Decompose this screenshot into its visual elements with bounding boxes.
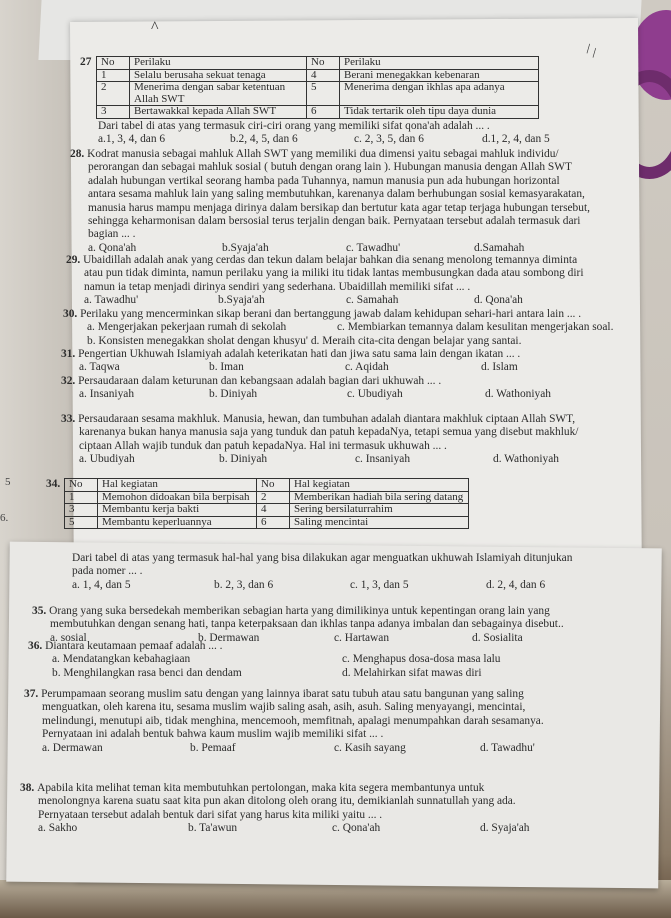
options: b. Konsisten menegakkan sholat dengan kh…	[63, 335, 657, 348]
question-number: 28.	[70, 148, 87, 160]
question-stem-line: 35. Orang yang suka bersedekah memberika…	[32, 605, 592, 618]
question-number: 27	[80, 56, 96, 119]
answer-option: d. Syaja'ah	[480, 822, 600, 835]
answer-option: a. Insaniyah	[79, 388, 209, 401]
table-cell: Membantu keperluannya	[98, 516, 257, 529]
answer-option: a. Mendatangkan kebahagiaan	[52, 653, 342, 666]
exam-content: ^ \ \ 5 6. 27 NoPerilakuNoPerilaku1Selal…	[0, 0, 671, 918]
answer-option: d. Melahirkan sifat mawas diri	[342, 667, 642, 680]
table-cell: Tidak tertarik oleh tipu daya dunia	[340, 106, 539, 119]
question-33: 33. Persaudaraan sesama makhluk. Manusia…	[61, 413, 613, 467]
question-stem-line: Pernyataan tersebut adalah bentuk dari s…	[20, 809, 600, 822]
question-30: 30. Perilaku yang mencerminkan sikap ber…	[63, 308, 657, 348]
question-stem-line: adalah hubungan vertikal seorang hamba p…	[70, 175, 594, 188]
answer-option: c. Samahah	[346, 294, 474, 307]
behavior-table: NoPerilakuNoPerilaku1Selalu berusaha sek…	[96, 56, 539, 119]
question-28: 28. Kodrat manusia sebagai mahluk Allah …	[70, 148, 594, 255]
table-cell: 2	[257, 491, 290, 504]
table-header-row: NoHal kegiatanNoHal kegiatan	[65, 479, 469, 492]
options: b. Menghilangkan rasa benci dan dendamd.…	[28, 667, 642, 680]
question-36: 36. Diantara keutamaan pemaaf adalah ...…	[28, 640, 642, 680]
answer-option: c. Insaniyah	[355, 453, 493, 466]
question-stem-line: perorangan dan sebagai mahluk sosial ( b…	[70, 161, 594, 174]
options: a. Mendatangkan kebahagiaanc. Menghapus …	[28, 653, 642, 666]
answer-option: d. Wathoniyah	[485, 388, 605, 401]
table-cell: Menerima dengan sabar ketentuan Allah SW…	[130, 82, 307, 106]
question-32: 32. Persaudaraan dalam keturunan dan keb…	[61, 375, 605, 402]
options: a. 1, 4, dan 5b. 2, 3, dan 6c. 1, 3, dan…	[54, 579, 606, 592]
answer-option: d. Tawadhu'	[480, 742, 600, 755]
answer-option: b. Diniyah	[219, 453, 355, 466]
answer-option: b.2, 4, 5, dan 6	[230, 133, 354, 146]
answer-option: d. 2, 4, dan 6	[486, 579, 606, 592]
answer-option: a. Tawadhu'	[84, 294, 218, 307]
answer-option: d. Qona'ah	[474, 294, 594, 307]
table-cell: 6	[257, 516, 290, 529]
question-stem-line: melindungi, menutupi aib, tidak menghina…	[24, 715, 600, 728]
question-number: 30.	[63, 308, 80, 320]
answer-option: a. Dermawan	[42, 742, 190, 755]
answer-option: b. Menghilangkan rasa benci dan dendam	[52, 667, 342, 680]
question-stem-line: membutuhkan dengan senang hati, tanpa ke…	[32, 618, 592, 631]
answer-option: b. Pemaaf	[190, 742, 334, 755]
table-header-cell: No	[307, 57, 340, 70]
table-cell: Sering bersilaturrahim	[290, 504, 469, 517]
table-row: 1Selalu berusaha sekuat tenaga4Berani me…	[97, 69, 539, 82]
question-stem-line: 28. Kodrat manusia sebagai mahluk Allah …	[70, 148, 594, 161]
question-stem-line: bagian ... .	[70, 228, 594, 241]
table-header-cell: Hal kegiatan	[98, 479, 257, 492]
answer-option: c. 2, 3, 5, dan 6	[354, 133, 482, 146]
table-row: 3Bertawakkal kepada Allah SWT6Tidak tert…	[97, 106, 539, 119]
answer-option: b.Syaja'ah	[218, 294, 346, 307]
caret-mark: ^	[151, 21, 159, 34]
table-row: 5Membantu keperluannya6Saling mencintai	[65, 516, 469, 529]
table-row: 3Membantu kerja bakti4Sering bersilaturr…	[65, 504, 469, 517]
table-header-cell: Perilaku	[340, 57, 539, 70]
question-31: 31. Pengertian Ukhuwah Islamiyah adalah …	[61, 348, 601, 375]
margin-mark: 5	[5, 476, 11, 489]
options: a.1, 3, 4, dan 6b.2, 4, 5, dan 6c. 2, 3,…	[80, 133, 602, 146]
question-stem-line: Pernyataan ini adalah bentuk bahwa kaum …	[24, 728, 600, 741]
table-header-cell: No	[257, 479, 290, 492]
question-stem-line: pada nomer ... .	[54, 565, 606, 578]
answer-option: a.1, 3, 4, dan 6	[98, 133, 230, 146]
table-cell: Memberikan hadiah bila sering datang	[290, 491, 469, 504]
table-cell: 3	[65, 504, 98, 517]
table-cell: 6	[307, 106, 340, 119]
options: a. Insaniyahb. Diniyahc. Ubudiyahd. Wath…	[61, 388, 605, 401]
table-cell: 5	[307, 82, 340, 106]
options: a. Sakhob. Ta'awunc. Qona'ahd. Syaja'ah	[20, 822, 600, 835]
answer-option: c. Qona'ah	[332, 822, 480, 835]
table-cell: Berani menegakkan kebenaran	[340, 69, 539, 82]
question-stem-line: 38. Apabila kita melihat teman kita memb…	[20, 782, 600, 795]
question-number: 38.	[20, 782, 37, 794]
table-cell: 2	[97, 82, 130, 106]
table-cell: Bertawakkal kepada Allah SWT	[130, 106, 307, 119]
question-34: 34. NoHal kegiatanNoHal kegiatan1Memohon…	[46, 478, 469, 529]
options: a. Taqwab. Imanc. Aqidahd. Islam	[61, 361, 601, 374]
question-38: 38. Apabila kita melihat teman kita memb…	[20, 782, 600, 836]
question-stem-line: menolongnya karena suatu saat kita pun a…	[20, 795, 600, 808]
question-number: 36.	[28, 640, 45, 652]
table-row: 1Memohon didoakan bila berpisah2Memberik…	[65, 491, 469, 504]
question-number: 35.	[32, 605, 49, 617]
question-stem-line: Dari tabel di atas yang termasuk hal-hal…	[54, 552, 606, 565]
question-number: 29.	[66, 254, 83, 266]
question-stem: Dari tabel di atas yang termasuk ciri-ci…	[80, 120, 602, 133]
table-header-row: NoPerilakuNoPerilaku	[97, 57, 539, 70]
table-header-cell: No	[65, 479, 98, 492]
question-stem-line: 31. Pengertian Ukhuwah Islamiyah adalah …	[61, 348, 601, 361]
table-cell: 3	[97, 106, 130, 119]
question-number: 37.	[24, 688, 41, 700]
table-cell: Selalu berusaha sekuat tenaga	[130, 69, 307, 82]
question-stem-line: 36. Diantara keutamaan pemaaf adalah ...…	[28, 640, 642, 653]
answer-option: c. Menghapus dosa-dosa masa lalu	[342, 653, 642, 666]
question-number: 34.	[46, 478, 64, 529]
answer-option: a. Sakho	[38, 822, 188, 835]
question-stem-line: antara sesama mahluk lain yang saling me…	[70, 188, 594, 201]
answer-option: b. 2, 3, dan 6	[214, 579, 350, 592]
table-header-cell: No	[97, 57, 130, 70]
table-row: 2Menerima dengan sabar ketentuan Allah S…	[97, 82, 539, 106]
table-cell: 4	[257, 504, 290, 517]
question-stem-line: manusia harus mampu menjaga dirinya dala…	[70, 202, 594, 215]
answer-option: a. 1, 4, dan 5	[72, 579, 214, 592]
question-stem-line: namun ia tetap menjadi dirinya sendiri y…	[66, 281, 594, 294]
table-cell: 1	[65, 491, 98, 504]
options: a. Tawadhu'b.Syaja'ahc. Samahahd. Qona'a…	[66, 294, 594, 307]
table-cell: Saling mencintai	[290, 516, 469, 529]
question-stem-line: 30. Perilaku yang mencerminkan sikap ber…	[63, 308, 657, 321]
options: a. Ubudiyahb. Diniyahc. Insaniyahd. Wath…	[61, 453, 613, 466]
question-number: 32.	[61, 375, 78, 387]
answer-option: b. Ta'awun	[188, 822, 332, 835]
answer-option: b. Iman	[209, 361, 345, 374]
answer-option: d.1, 2, 4, dan 5	[482, 133, 602, 146]
question-stem-line: 33. Persaudaraan sesama makhluk. Manusia…	[61, 413, 613, 426]
table-cell: 4	[307, 69, 340, 82]
question-stem-line: karenanya bukan hanya manusia saja yang …	[61, 426, 613, 439]
question-stem-line: 29. Ubaidillah adalah anak yang cerdas d…	[66, 254, 594, 267]
table-cell: 1	[97, 69, 130, 82]
table-cell: 5	[65, 516, 98, 529]
question-29: 29. Ubaidillah adalah anak yang cerdas d…	[66, 254, 594, 308]
question-stem-line: menguatkan, oleh karena itu, sesama musl…	[24, 701, 600, 714]
answer-option: a. Ubudiyah	[79, 453, 219, 466]
question-number: 33.	[61, 413, 78, 425]
answer-option: c. Ubudiyah	[347, 388, 485, 401]
question-34-stem: Dari tabel di atas yang termasuk hal-hal…	[54, 552, 606, 592]
table-cell: Membantu kerja bakti	[98, 504, 257, 517]
options: a. Dermawanb. Pemaafc. Kasih sayangd. Ta…	[24, 742, 600, 755]
question-stem-line: 37. Perumpamaan seorang muslim satu deng…	[24, 688, 600, 701]
options: a. Mengerjakan pekerjaan rumah di sekola…	[63, 321, 657, 334]
answer-option: a. Taqwa	[79, 361, 209, 374]
question-stem-line: atau pun tidak diminta, namun perilaku y…	[66, 267, 594, 280]
question-stem-line: 32. Persaudaraan dalam keturunan dan keb…	[61, 375, 605, 388]
answer-option: c. 1, 3, dan 5	[350, 579, 486, 592]
answer-option: c. Kasih sayang	[334, 742, 480, 755]
answer-option: b. Konsisten menegakkan sholat dengan kh…	[87, 335, 521, 348]
answer-option: c. Aqidah	[345, 361, 481, 374]
question-37: 37. Perumpamaan seorang muslim satu deng…	[24, 688, 600, 755]
question-number: 31.	[61, 348, 78, 360]
table-cell: Memohon didoakan bila berpisah	[98, 491, 257, 504]
margin-mark: 6.	[0, 512, 8, 525]
question-stem-line: sehingga keharmonisan dalam bersosial te…	[70, 215, 594, 228]
question-27: 27 NoPerilakuNoPerilaku1Selalu berusaha …	[80, 56, 602, 146]
table-header-cell: Hal kegiatan	[290, 479, 469, 492]
question-stem-line: ciptaan Allah wajib tunduk dan patuh kep…	[61, 440, 613, 453]
answer-option: b. Diniyah	[209, 388, 347, 401]
activity-table: NoHal kegiatanNoHal kegiatan1Memohon did…	[64, 478, 469, 529]
answer-option: a. Mengerjakan pekerjaan rumah di sekola…	[87, 321, 337, 334]
answer-option: d. Islam	[481, 361, 601, 374]
answer-option: d. Wathoniyah	[493, 453, 613, 466]
table-header-cell: Perilaku	[130, 57, 307, 70]
table-cell: Menerima dengan ikhlas apa adanya	[340, 82, 539, 106]
answer-option: c. Membiarkan temannya dalam kesulitan m…	[337, 321, 657, 334]
